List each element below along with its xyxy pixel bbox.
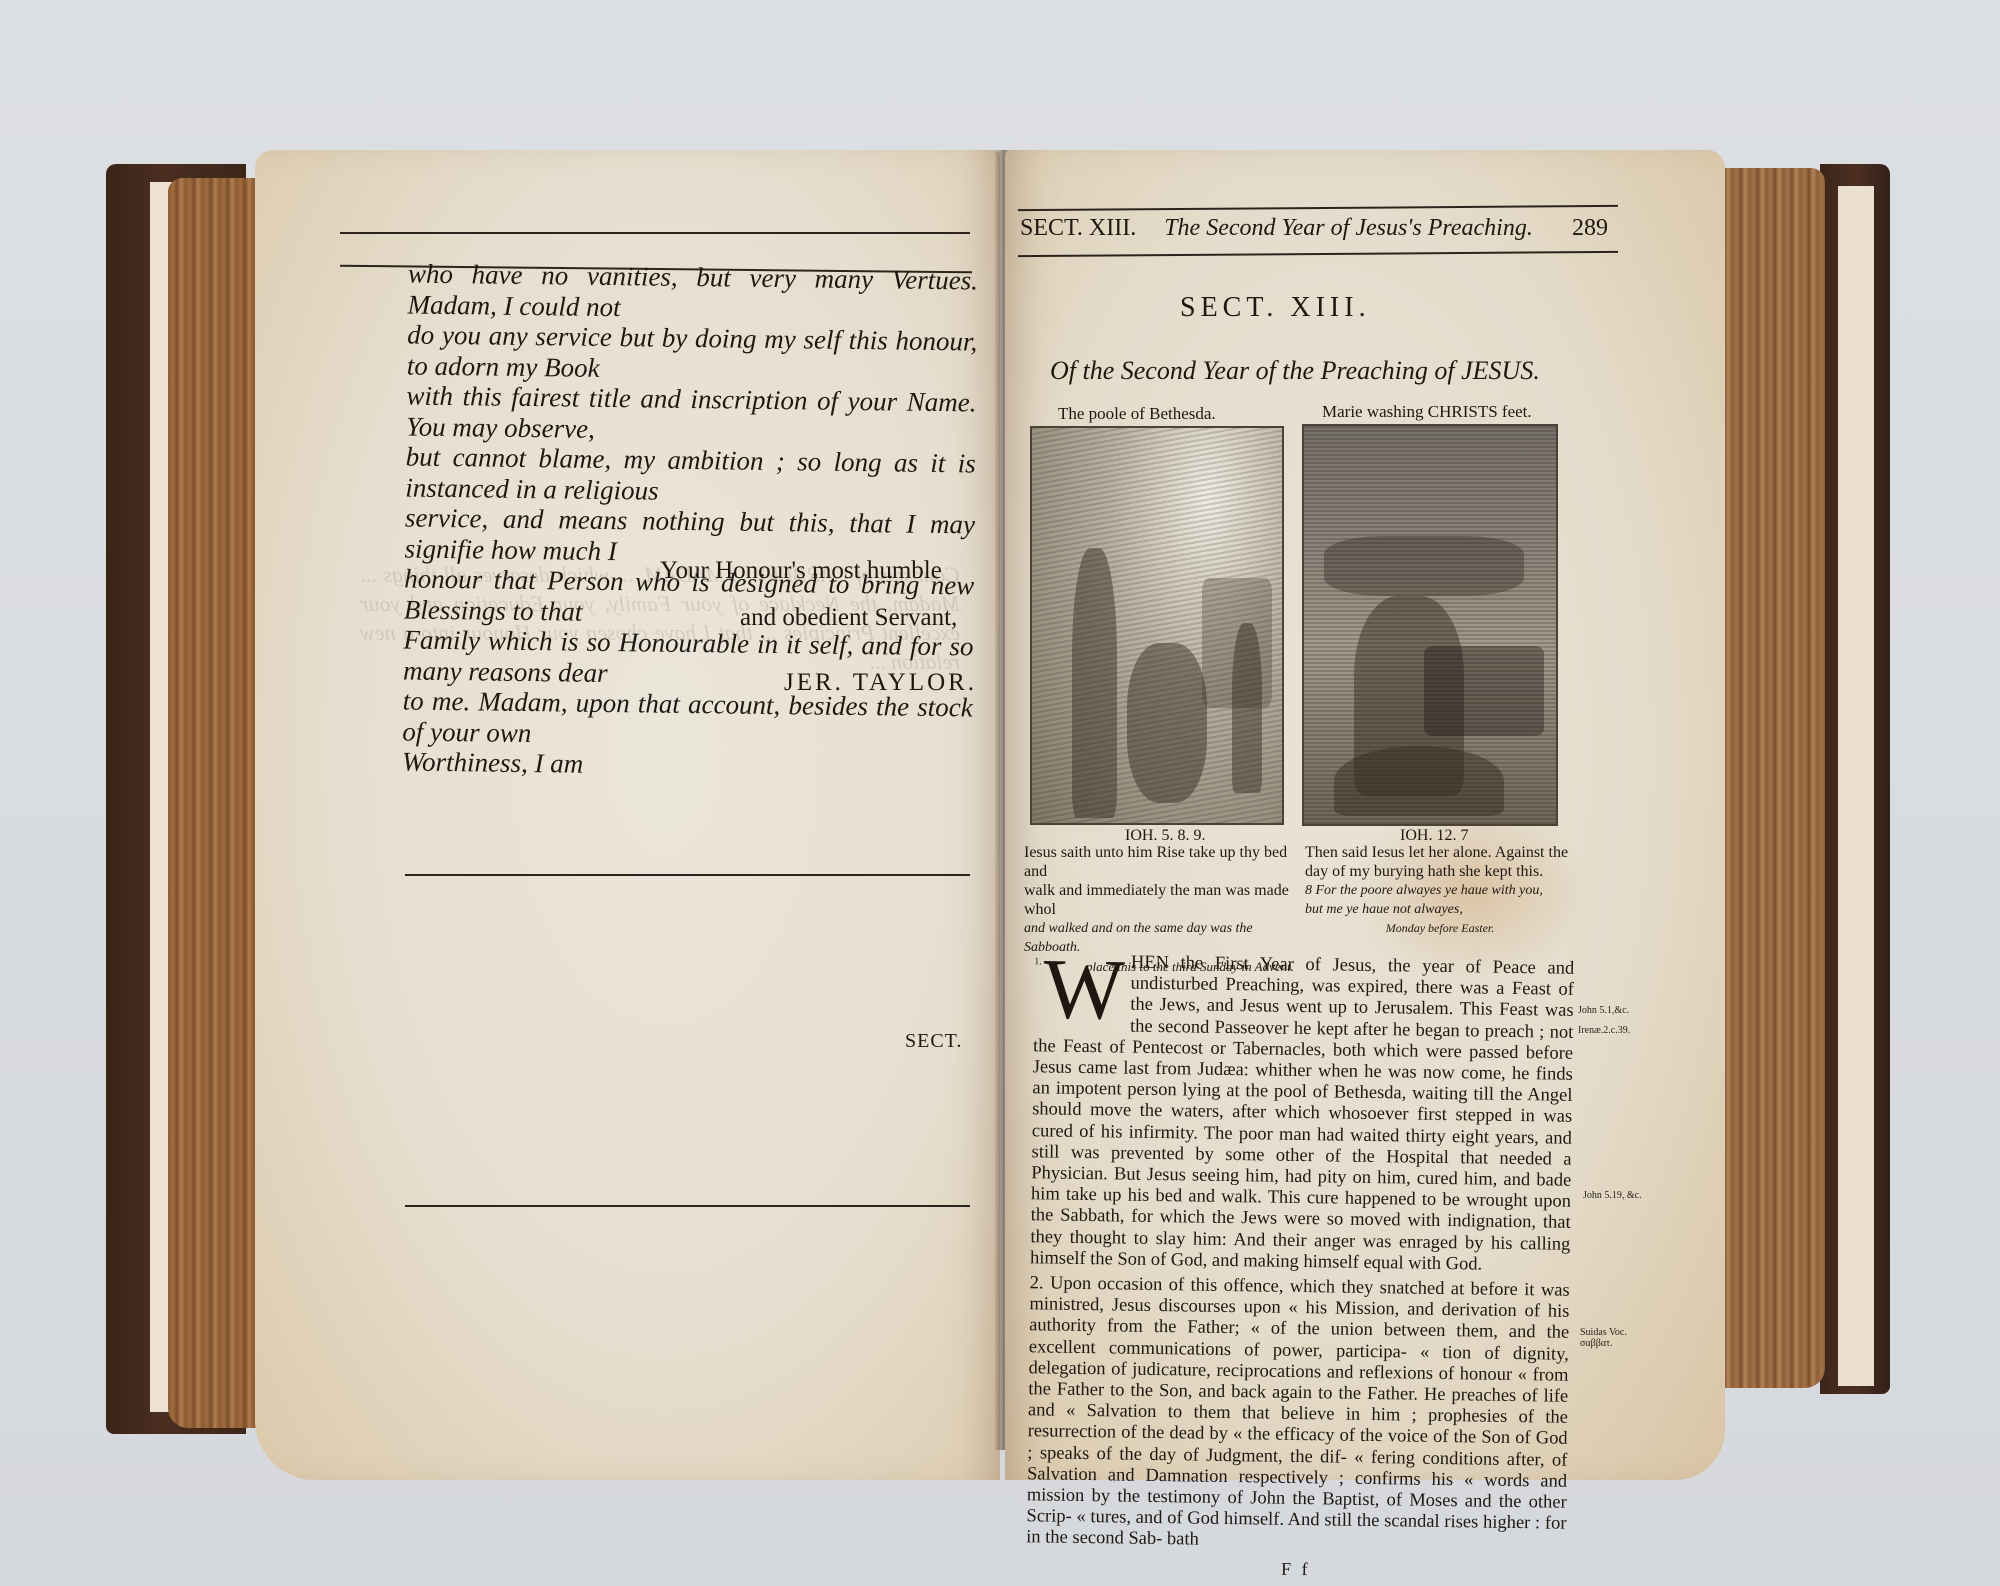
engraving-pool-of-bethesda: [1030, 426, 1284, 825]
margin-note: Suidas Voc. σαββατ.: [1580, 1327, 1630, 1349]
section-heading: SECT. XIII.: [1180, 292, 1371, 324]
main-text: 1. W HEN the First Year of Jesus, the ye…: [1026, 951, 1575, 1583]
lower-rule: [405, 1205, 970, 1207]
margin-note: John 5.1,&c.: [1578, 1005, 1629, 1016]
signature: JER. TAYLOR.: [784, 668, 977, 698]
page-number: 289: [1572, 215, 1608, 242]
paragraph-2: 2. Upon occasion of this offence, which …: [1026, 1273, 1570, 1556]
caption-line: Then said Iesus let her alone. Against t…: [1305, 843, 1575, 862]
dedication-line: but cannot blame, my ambition ; so long …: [405, 442, 976, 510]
closing-line-2: and obedient Servant,: [740, 603, 957, 633]
running-head-section: SECT. XIII.: [1020, 215, 1136, 241]
caption-line: 8 For the poore alwayes ye haue with you…: [1305, 881, 1575, 900]
catchword: SECT.: [905, 1030, 962, 1053]
mid-rule: [405, 874, 970, 876]
caption-line: walk and immediately the man was made wh…: [1024, 881, 1294, 919]
head-rule-top: [340, 232, 970, 234]
caption-note: Monday before Easter.: [1305, 919, 1575, 938]
closing-line-1: Your Honour's most humble: [660, 556, 942, 586]
paragraph-number: 1.: [1034, 951, 1042, 972]
dedication-text: who have no vanities, but very many Vert…: [402, 259, 978, 784]
dedication-line: with this fairest title and inscription …: [406, 381, 977, 449]
plate-caption: Then said Iesus let her alone. Against t…: [1305, 843, 1575, 938]
plate-title-bethesda: The poole of Bethesda.: [1058, 404, 1216, 424]
caption-line: day of my burying hath she kept this.: [1305, 862, 1575, 881]
signature-mark: F f: [1026, 1555, 1566, 1584]
dedication-line: do you any service but by doing my self …: [407, 320, 978, 388]
dedication-line: who have no vanities, but very many Vert…: [407, 259, 978, 327]
section-subtitle: Of the Second Year of the Preaching of J…: [1050, 356, 1540, 386]
engraving-marie-washing-feet: [1302, 424, 1558, 826]
margin-note: Irenæ.2.c.39.: [1578, 1025, 1630, 1036]
page-edges-left: [168, 178, 268, 1428]
paragraph-1: 1. W HEN the First Year of Jesus, the ye…: [1030, 951, 1574, 1277]
endpaper-right: [1838, 186, 1874, 1386]
margin-note: John 5.19, &c.: [1583, 1190, 1642, 1201]
paragraph-text: Upon occasion of this offence, which the…: [1026, 1274, 1570, 1551]
drop-cap: W: [1043, 953, 1125, 1024]
caption-line: Iesus saith unto him Rise take up thy be…: [1024, 843, 1294, 881]
paragraph-number: 2.: [1030, 1273, 1044, 1293]
running-head-title: The Second Year of Jesus's Preaching.: [1164, 215, 1533, 241]
caption-line: but me ye haue not alwayes,: [1305, 900, 1575, 919]
page-edges-right: [1715, 168, 1825, 1388]
plate-title-marie: Marie washing CHRISTS feet.: [1322, 402, 1532, 422]
running-head: SECT. XIII. The Second Year of Jesus's P…: [1020, 215, 1610, 242]
